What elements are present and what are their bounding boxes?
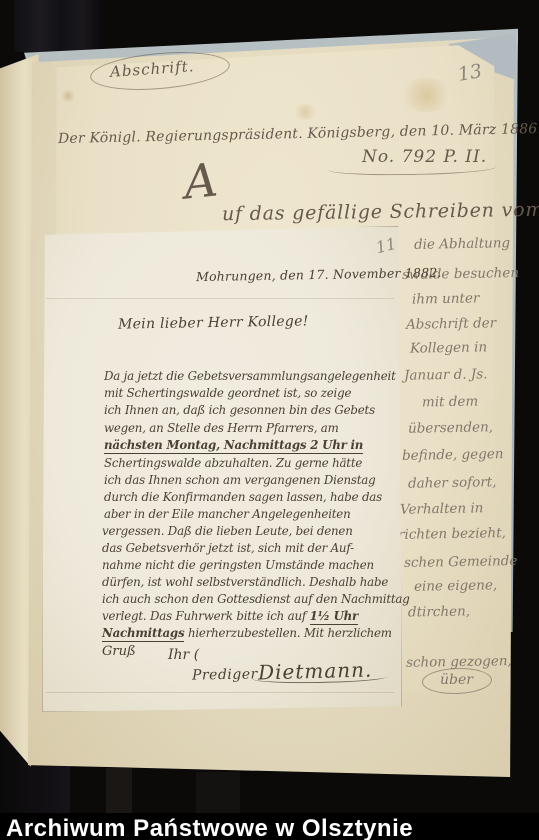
fuhrwerk-time-underlined: 1½ Uhr	[310, 609, 359, 625]
margin-text-fragment: mit dem	[422, 396, 479, 410]
margin-text-fragment: übersenden,	[408, 421, 493, 436]
overlay-folio-number: 11	[374, 236, 398, 256]
letter-body-line: ich Ihnen an, daß ich gesonnen bin des G…	[104, 405, 375, 417]
letter-body-line: Da ja jetzt die Gebetsversammlungsangele…	[104, 371, 396, 383]
book-cover	[196, 772, 240, 814]
letter-body-line-underlined: nächsten Montag, Nachmittags 2 Uhr in	[104, 440, 363, 454]
letter-body-line: mit Schertingswalde geordnet ist, so zei…	[104, 388, 351, 400]
margin-text-fragment: richten bezieht,	[398, 527, 506, 542]
letter-body-line: das Gebetsverhör jetzt ist, sich mit der…	[102, 543, 354, 555]
letter-closing: Gruß	[102, 645, 136, 658]
letter-body-line: ich auch schon den Gottesdienst auf den …	[102, 594, 410, 606]
margin-text-fragment: Verhalten in	[400, 502, 484, 517]
margin-text-fragment: Januar d. Js.	[404, 368, 488, 383]
margin-text-fragment: dtirchen,	[408, 605, 470, 620]
letter-salutation: Mein lieber Herr Kollege!	[118, 314, 309, 331]
margin-text-fragment: ihm unter	[412, 292, 480, 307]
letter-body-line: vergessen. Daß die lieben Leute, bei den…	[102, 526, 353, 538]
opening-line: uf das gefällige Schreiben vom	[222, 201, 539, 224]
nachmittags-text: hierherzubestellen. Mit herzlichem	[184, 626, 391, 640]
letter-body-line: nahme nicht die geringsten Umstände mach…	[102, 560, 374, 572]
letter-body-line: Schertingswalde abzuhalten. Zu gerne hät…	[104, 458, 362, 470]
margin-text-fragment: schen Gemeinde	[404, 555, 518, 570]
archive-watermark: Archiwum Państwowe w Olsztynie	[6, 815, 413, 840]
margin-text-fragment: daher sofort,	[408, 476, 497, 491]
letter-body-line: durch die Konfirmanden sagen lassen, hab…	[104, 492, 382, 504]
margin-text-fragment: befinde, gegen	[402, 448, 504, 463]
letter-body-line: Nachmittags hierherzubestellen. Mit herz…	[102, 628, 392, 640]
letter-fold-line	[46, 692, 394, 693]
signature-title: Prediger	[192, 667, 258, 682]
fuhrwerk-text: verlegt. Das Fuhrwerk bitte ich auf	[102, 609, 310, 623]
book-cover	[14, 0, 100, 52]
letter-fold-line	[46, 298, 394, 299]
nachmittags-underlined: Nachmittags	[102, 626, 184, 642]
letter-body-line: aber in der Eile mancher Angelegenheiten	[104, 509, 351, 521]
ornate-initial: A	[182, 156, 220, 205]
letter-body-line: ich das Ihnen schon am vergangenen Diens…	[104, 475, 376, 487]
margin-text-fragment: Kollegen in	[410, 341, 487, 356]
letter-body-line: verlegt. Das Fuhrwerk bitte ich auf 1½ U…	[102, 611, 358, 623]
book-cover	[106, 768, 132, 814]
letter-body-line: wegen, an Stelle des Herrn Pfarrers, am	[104, 423, 339, 435]
letter-body-line: dürfen, ist wohl selbstverständlich. Des…	[102, 577, 388, 589]
archival-scan: Abschrift. 13 Der Königl. Regierungspräs…	[0, 0, 539, 840]
margin-text-fragment: Abschrift der	[406, 317, 496, 332]
margin-text-fragment: die Abhaltung	[414, 237, 510, 252]
letter-closing-ihr: Ihr (	[168, 648, 199, 662]
margin-text-fragment: eine eigene,	[414, 579, 497, 594]
folio-number: 13	[457, 62, 484, 85]
